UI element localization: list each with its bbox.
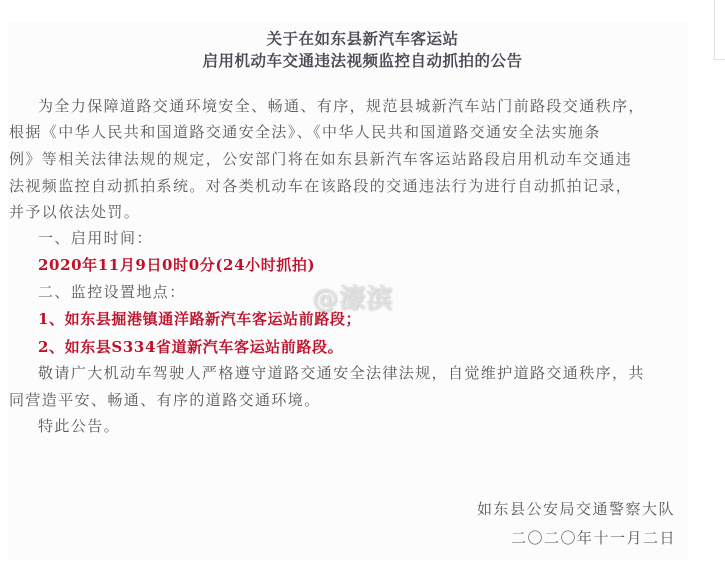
title-line-1: 关于在如东县新汽车客运站 [0, 27, 725, 49]
paragraph-2-line-2: 同营造平安、畅通、有序的道路交通环境。 [9, 389, 321, 410]
date: 二〇二〇年十一月二日 [511, 527, 676, 548]
section-1-value: 2020年11月9日0时0分(24小时抓拍) [38, 254, 315, 275]
paragraph-1-line-5: 并予以依法处罚。 [9, 201, 140, 222]
section-2-heading: 二、监控设置地点： [38, 281, 186, 302]
title-line-2: 启用机动车交通违法视频监控自动抓拍的公告 [0, 49, 725, 71]
section-1-heading: 一、启用时间： [38, 227, 153, 248]
location-2: 2、如东县S334省道新汽车客运站前路段。 [38, 336, 343, 357]
signature: 如东县公安局交通警察大队 [477, 498, 675, 519]
closing-text: 特此公告。 [38, 415, 120, 436]
watermark: @濠滨 [312, 278, 393, 315]
paragraph-1-line-4: 法视频监控自动抓拍系统。对各类机动车在该路段的交通违法行为进行自动抓拍记录， [9, 175, 632, 196]
paragraph-1-line-3: 例》等相关法律法规的规定，公安部门将在如东县新汽车客运站路段启用机动车交通违 [9, 148, 632, 169]
paragraph-1-line-1: 为全力保障道路交通环境安全、畅通、有序，规范县城新汽车站门前路段交通秩序， [38, 95, 645, 116]
paragraph-2-line-1: 敬请广大机动车驾驶人严格遵守道路交通安全法律法规，自觉维护道路交通秩序，共 [38, 362, 645, 383]
paragraph-1-line-2: 根据《中华人民共和国道路交通安全法》、《中华人民共和国道路交通安全法实施条 [9, 121, 601, 142]
